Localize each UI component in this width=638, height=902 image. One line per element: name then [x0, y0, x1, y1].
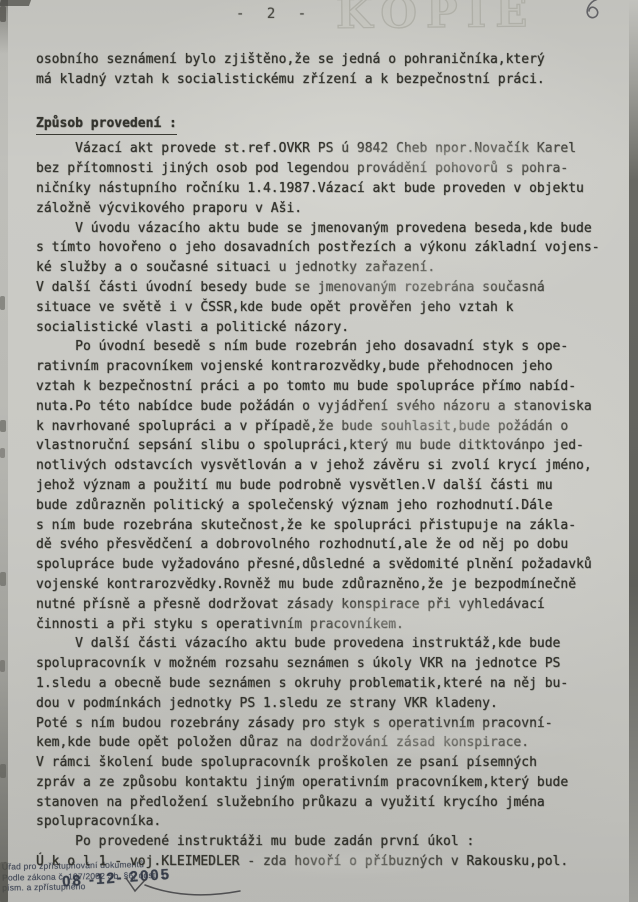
scan-smudge [0, 420, 6, 432]
text-line: V další části úvodní besedy bude se jmen… [36, 278, 624, 298]
text-line: k navrhované spolupráci a v případě,že b… [36, 417, 624, 437]
text-line: spolupracovník v možném rozsahu seznámen… [36, 654, 624, 674]
text-line: V rámci školení bude spolupracovník proš… [36, 753, 624, 773]
text-line: nuta.Po této nabídce bude požádán o vyjá… [36, 397, 624, 417]
text-line: bez přítomnosti jiných osob pod legendou… [36, 159, 624, 179]
scan-smudge [0, 572, 6, 586]
text-line: osobního seznámení bylo zjištěno,že se j… [36, 50, 624, 70]
scan-smudge [0, 448, 5, 458]
text-line: má kladný vztah k socialistickému zřízen… [36, 70, 624, 90]
scan-smudge [0, 764, 6, 778]
text-line: Poté s ním budou rozebrány zásady pro st… [36, 714, 624, 734]
scan-smudge [0, 862, 8, 902]
text-line: socialistické vlasti a politické názory. [36, 318, 624, 338]
paragraph: Po úvodní besedě s ním bude rozebrán jeh… [36, 337, 624, 634]
text-line: spolupráce bude vyžadováno přesné,důsled… [36, 555, 624, 575]
paragraph: V úvodu vázacího aktu bude se jmenovaným… [36, 219, 624, 338]
paragraph: Ú k o l 1 - voj.KLEIMEDLER - zda hovoří … [36, 852, 624, 872]
text-line: Po úvodní besedě s ním bude rozebrán jeh… [36, 337, 624, 357]
scan-smudge [0, 296, 5, 310]
scanner-edge-right [629, 0, 638, 902]
kopie-watermark: KOPIE [336, 0, 537, 38]
document-body: osobního seznámení bylo zjištěno,že se j… [36, 50, 624, 872]
text-line: činnosti a při styku s operativním praco… [36, 615, 624, 635]
page-number: - 2 - [236, 6, 313, 22]
scan-smudge [0, 660, 5, 672]
text-line: dou v podmínkách jednotky PS 1.sledu ze … [36, 694, 624, 714]
text-line: záložně výcvikového praporu v Aši. [36, 199, 624, 219]
paragraph: Vázací akt provede st.ref.OVKR PS ú 9842… [36, 139, 624, 218]
paragraph: V další části vázacího aktu bude provede… [36, 634, 624, 832]
text-line: kem,kde bude opět položen důraz na dodrž… [36, 733, 624, 753]
paragraph: Po provedené instruktáži mu bude zadán p… [36, 832, 624, 852]
pen-squiggle-icon [574, 0, 618, 30]
text-line: Způsob provedení : [36, 114, 177, 136]
text-line: s tímto hovořeno o jeho dosavadních post… [36, 238, 624, 258]
text-line: nutné přísně a přesně dodržovat zásady k… [36, 595, 624, 615]
text-line: bude zdůrazněn politický a společenský v… [36, 496, 624, 516]
pen-tick-icon [118, 872, 248, 900]
text-line: V další části vázacího aktu bude provede… [36, 634, 624, 654]
text-line: stanoven na předložení služebního průkaz… [36, 793, 624, 813]
text-line: rativním pracovníkem vojenské kontrarozv… [36, 357, 624, 377]
scan-smudge [0, 6, 6, 22]
text-line: ničníky nástupního ročníku 1.4.1987.Váza… [36, 179, 624, 199]
text-line: situace ve světě i v ČSSR,kde bude opět … [36, 298, 624, 318]
section-heading: Způsob provedení : [36, 114, 624, 136]
text-line: notlivých odstavcích vysvětlován a v jeh… [36, 456, 624, 476]
scanner-corner-mark [0, 0, 31, 6]
paragraph: osobního seznámení bylo zjištěno,že se j… [36, 50, 624, 90]
text-line: vztah k bezpečnostní práci a po tomto mu… [36, 377, 624, 397]
text-line: 1.sledu a obecně bude seznámen s okruhy … [36, 674, 624, 694]
text-line: Po provedené instruktáži mu bude zadán p… [36, 832, 624, 852]
text-line: Vázací akt provede st.ref.OVKR PS ú 9842… [36, 139, 624, 159]
text-line: zpráv a ze způsobu kontaktu jiným operat… [36, 773, 624, 793]
text-line: spolupracovníka. [36, 812, 624, 832]
text-line: Ú k o l 1 - voj.KLEIMEDLER - zda hovoří … [36, 852, 624, 872]
text-line: s ním bude rozebrána skutečnost,že ke sp… [36, 516, 624, 536]
text-line: V úvodu vázacího aktu bude se jmenovaným… [36, 219, 624, 239]
text-line: vojenské kontrarozvědky.Rovněž mu bude z… [36, 575, 624, 595]
text-line: dě svého přesvědčení a dobrovolného rozh… [36, 535, 624, 555]
scanned-document-page: KOPIE - 2 - osobního seznámení bylo zjiš… [0, 0, 638, 902]
text-line: vlastnoruční sepsání slibu o spolupráci,… [36, 436, 624, 456]
text-line: jehož význam a použití mu bude podrobně … [36, 476, 624, 496]
text-line: ké služby a o současné situaci u jednotk… [36, 258, 624, 278]
